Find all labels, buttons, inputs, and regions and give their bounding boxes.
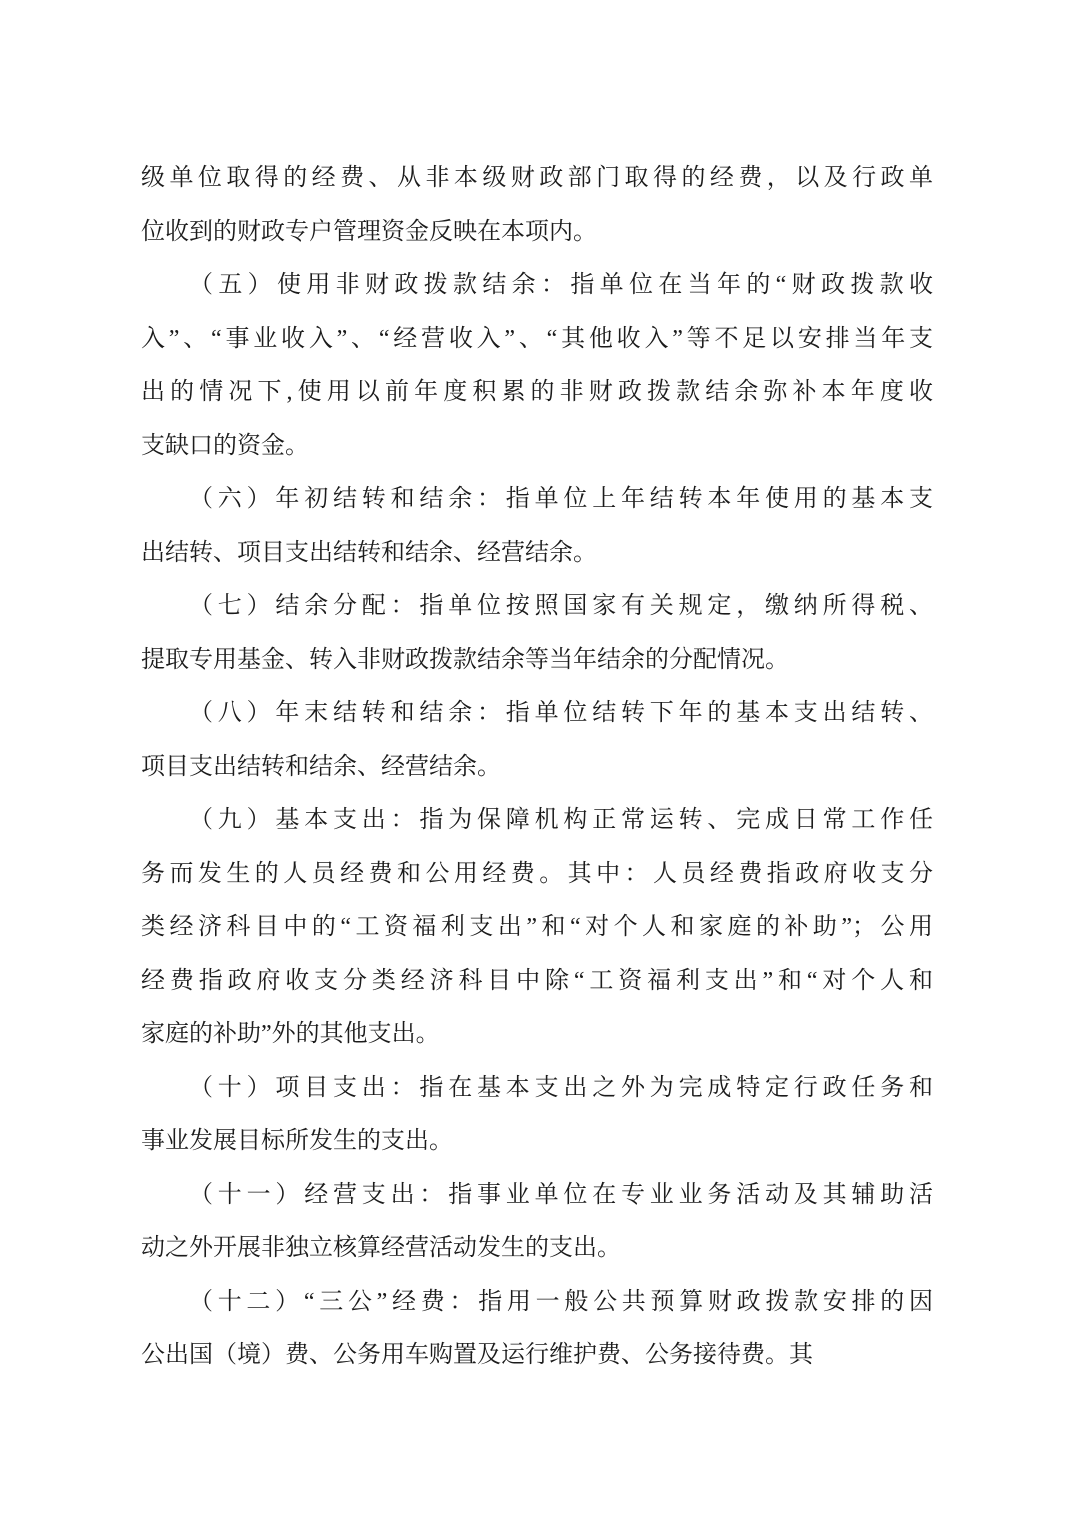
text-line: （十一）经营支出：指事业单位在专业业务活动及其辅助活 xyxy=(141,1169,933,1223)
text-line: 事业发展目标所发生的支出。 xyxy=(141,1115,933,1169)
text-line: （八）年末结转和结余：指单位结转下年的基本支出结转、 xyxy=(141,687,933,741)
text-line: 务而发生的人员经费和公用经费。其中：人员经费指政府收支分 xyxy=(141,848,933,902)
text-line: （十）项目支出：指在基本支出之外为完成特定行政任务和 xyxy=(141,1062,933,1116)
paragraph: （五）使用非财政拨款结余：指单位在当年的“财政拨款收入”、“事业收入”、“经营收… xyxy=(141,259,933,473)
text-line: 入”、“事业收入”、“经营收入”、“其他收入”等不足以安排当年支 xyxy=(141,313,933,367)
text-line: 动之外开展非独立核算经营活动发生的支出。 xyxy=(141,1222,933,1276)
paragraph: （七）结余分配：指单位按照国家有关规定，缴纳所得税、提取专用基金、转入非财政拨款… xyxy=(141,580,933,687)
paragraph: （十一）经营支出：指事业单位在专业业务活动及其辅助活动之外开展非独立核算经营活动… xyxy=(141,1169,933,1276)
text-line: （十二）“三公”经费：指用一般公共预算财政拨款安排的因 xyxy=(141,1276,933,1330)
text-line: （五）使用非财政拨款结余：指单位在当年的“财政拨款收 xyxy=(141,259,933,313)
paragraph: （九）基本支出：指为保障机构正常运转、完成日常工作任务而发生的人员经费和公用经费… xyxy=(141,794,933,1062)
text-line: 出结转、项目支出结转和结余、经营结余。 xyxy=(141,527,933,581)
text-line: 公出国（境）费、公务用车购置及运行维护费、公务接待费。其 xyxy=(141,1329,933,1383)
text-line: （七）结余分配：指单位按照国家有关规定，缴纳所得税、 xyxy=(141,580,933,634)
text-line: （九）基本支出：指为保障机构正常运转、完成日常工作任 xyxy=(141,794,933,848)
text-line: 经费指政府收支分类经济科目中除“工资福利支出”和“对个人和 xyxy=(141,955,933,1009)
paragraph: （八）年末结转和结余：指单位结转下年的基本支出结转、项目支出结转和结余、经营结余… xyxy=(141,687,933,794)
paragraph: （六）年初结转和结余：指单位上年结转本年使用的基本支出结转、项目支出结转和结余、… xyxy=(141,473,933,580)
text-line: 级单位取得的经费、从非本级财政部门取得的经费，以及行政单 xyxy=(141,152,933,206)
paragraph: （十二）“三公”经费：指用一般公共预算财政拨款安排的因公出国（境）费、公务用车购… xyxy=(141,1276,933,1383)
text-line: 家庭的补助”外的其他支出。 xyxy=(141,1008,933,1062)
paragraph: 级单位取得的经费、从非本级财政部门取得的经费，以及行政单位收到的财政专户管理资金… xyxy=(141,152,933,259)
text-line: 出的情况下,使用以前年度积累的非财政拨款结余弥补本年度收 xyxy=(141,366,933,420)
text-line: 类经济科目中的“工资福利支出”和“对个人和家庭的补助”；公用 xyxy=(141,901,933,955)
document-page: 级单位取得的经费、从非本级财政部门取得的经费，以及行政单位收到的财政专户管理资金… xyxy=(0,0,1074,1520)
text-line: 支缺口的资金。 xyxy=(141,420,933,474)
text-line: 项目支出结转和结余、经营结余。 xyxy=(141,741,933,795)
text-line: 提取专用基金、转入非财政拨款结余等当年结余的分配情况。 xyxy=(141,634,933,688)
text-line: （六）年初结转和结余：指单位上年结转本年使用的基本支 xyxy=(141,473,933,527)
document-text: 级单位取得的经费、从非本级财政部门取得的经费，以及行政单位收到的财政专户管理资金… xyxy=(141,152,933,1383)
text-line: 位收到的财政专户管理资金反映在本项内。 xyxy=(141,206,933,260)
paragraph: （十）项目支出：指在基本支出之外为完成特定行政任务和事业发展目标所发生的支出。 xyxy=(141,1062,933,1169)
